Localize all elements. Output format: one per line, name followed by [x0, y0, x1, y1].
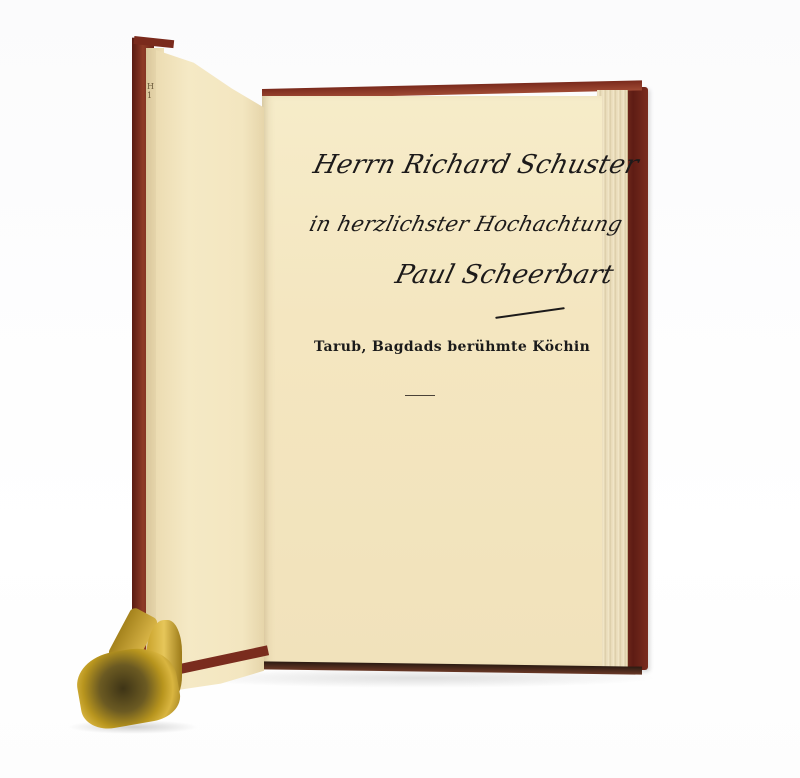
- signature-flourish: [495, 307, 565, 319]
- author-signature: Paul Scheerbart: [392, 260, 616, 290]
- dedication-text: in herzlichster Hochachtung: [307, 212, 625, 236]
- title-rule-divider: [405, 395, 435, 396]
- handwritten-dedication: Herrn Richard Schuster in herzlichster H…: [300, 150, 590, 325]
- brass-bookstand: [68, 610, 198, 740]
- photo-scene: H 1 Herrn Richard Schuster in herzlichst…: [0, 0, 800, 778]
- dedication-recipient: Herrn Richard Schuster: [310, 150, 642, 180]
- printed-book-title: Tarub, Bagdads berühmte Köchin: [314, 339, 574, 355]
- pastedown-pencil-marks: H 1: [147, 82, 155, 100]
- flyleaf-page: [156, 50, 264, 690]
